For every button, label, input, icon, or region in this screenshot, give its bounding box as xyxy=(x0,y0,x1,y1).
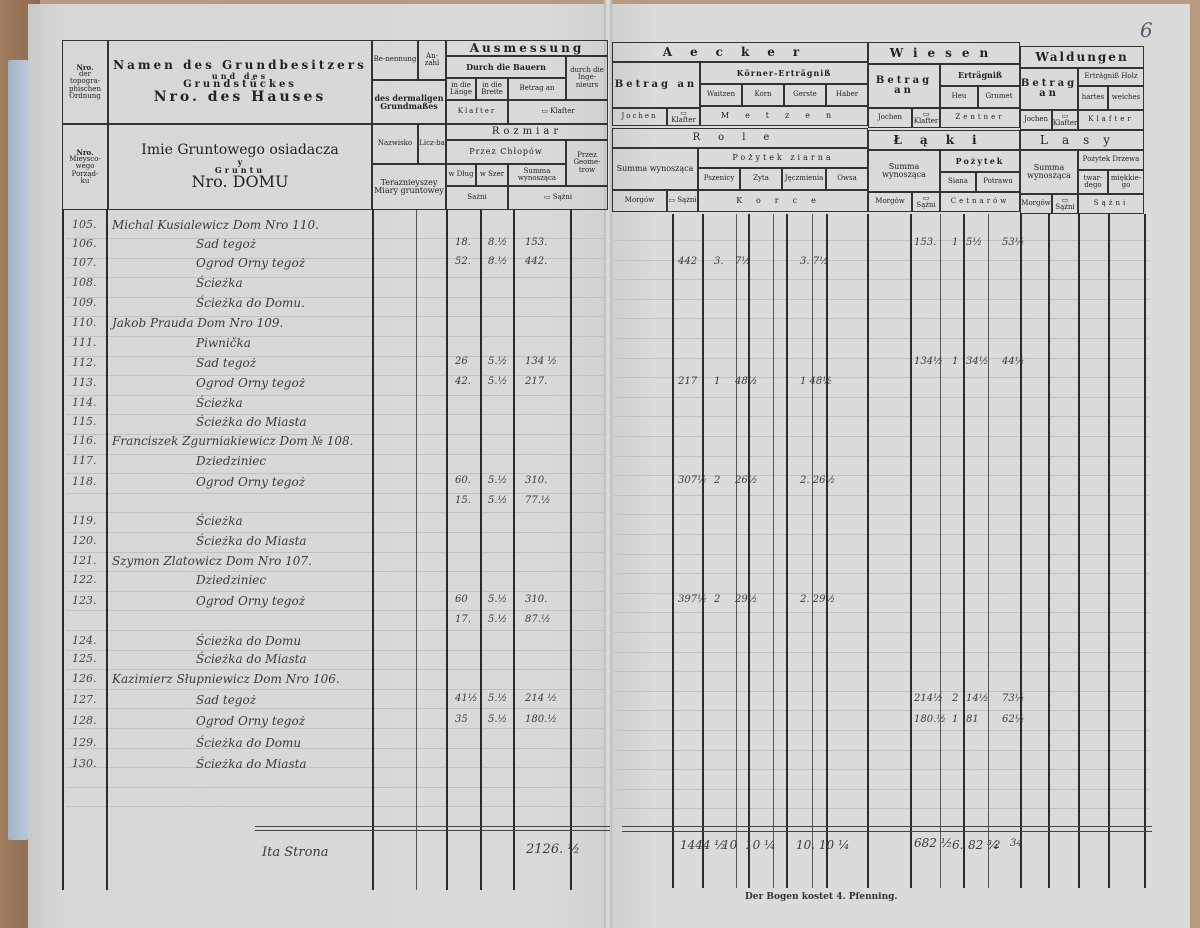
header-text: Nro. des Hauses xyxy=(154,90,327,105)
header-summa-laki: Summa wynosząca xyxy=(868,150,940,192)
row-number: 106. xyxy=(72,237,97,250)
writing-rule xyxy=(614,279,1149,280)
cell-sum: 180.½ xyxy=(525,714,557,725)
header-text: Nro. DOMU xyxy=(192,174,289,191)
header-jochen-aecker: Jochen xyxy=(612,108,667,126)
header-lasy: Lasy xyxy=(1020,130,1144,150)
writing-rule xyxy=(66,512,606,513)
parcel-description: Ścieżka do Miasta xyxy=(196,757,307,771)
writing-rule xyxy=(614,416,1149,417)
writing-rule xyxy=(66,669,606,670)
header-nr-mieyscowego: Nro. Mieysco- wego Porząd- ku xyxy=(62,124,108,210)
book-spine xyxy=(8,60,28,840)
cell-ak-sum: 307½ xyxy=(678,475,707,486)
header-owner-name-german: Namen des Grundbesitzers und des Grundst… xyxy=(108,40,372,124)
row-number: 121. xyxy=(72,554,97,567)
total-rule xyxy=(622,826,1152,827)
cell-wi-2: 81 xyxy=(966,714,979,725)
writing-rule xyxy=(614,514,1149,515)
header-durch-ingenieurs: durch die Inge-nieurs xyxy=(566,56,608,100)
cell-ak-3: 1 48½ xyxy=(800,376,832,387)
writing-rule xyxy=(66,630,606,631)
header-waldungen: Waldungen xyxy=(1020,46,1144,68)
totals-area: 2126. ½ xyxy=(526,842,580,857)
cell-ak-2: 48½ xyxy=(735,376,757,387)
column-line xyxy=(867,214,869,888)
cell-sum: 442. xyxy=(525,256,547,267)
header-grumet: Grumet xyxy=(978,86,1020,108)
cell-dl: 60 xyxy=(455,594,468,605)
row-number: 114. xyxy=(72,396,97,409)
parcel-description: Ścieżka do Miasta xyxy=(196,534,307,548)
row-number: 109. xyxy=(72,296,97,309)
column-line xyxy=(62,210,64,890)
parcel-description: Ogrod Orny tegoż xyxy=(196,714,305,728)
header-w-dlug: w Dług xyxy=(446,164,476,186)
header-durch-bauern: Durch die Bauern xyxy=(446,56,566,78)
cell-sz: 5.½ xyxy=(488,614,507,625)
header-polish-grain-2: Jęczmienia xyxy=(782,168,826,190)
writing-rule xyxy=(614,612,1149,613)
header-dermaligen: des dermaligen Grundmaßes xyxy=(372,80,446,124)
parcel-description: Sad tegoż xyxy=(196,237,256,251)
column-line xyxy=(446,210,448,890)
cell-sz: 5.½ xyxy=(488,475,507,486)
cell-ak-1: 2 xyxy=(714,594,720,605)
owner-name: Jakob Prauda Dom Nro 109. xyxy=(112,316,283,330)
writing-rule xyxy=(66,454,606,455)
cell-sum: 77.½ xyxy=(525,495,551,506)
writing-rule xyxy=(614,808,1149,809)
header-nr-topographic: Nro. der topogra- phischen Ordnung xyxy=(62,40,108,124)
footer-print-note: Der Bogen kostet 4. Pfenning. xyxy=(745,892,898,902)
column-line xyxy=(372,210,374,890)
header-summa: Summa wynosząca xyxy=(508,164,566,186)
header-text: Ordnung xyxy=(69,93,101,100)
column-line xyxy=(480,210,482,890)
cell-wi-1: 2 xyxy=(952,693,958,704)
writing-rule xyxy=(614,652,1149,653)
cell-sz: 8.½ xyxy=(488,237,507,248)
totals-wiesen-sum: 682 ½ xyxy=(914,836,952,850)
cell-sz: 5.½ xyxy=(488,714,507,725)
cell-ak-1: 2 xyxy=(714,475,720,486)
totals-wiesen-3: 2 xyxy=(994,840,1000,851)
cell-wi-3: 73½ xyxy=(1002,693,1024,704)
header-grain-2: Gerste xyxy=(784,84,826,106)
header-metzen: Metzen xyxy=(700,106,868,126)
header-summa-lasy: Summa wynosząca xyxy=(1020,150,1078,194)
writing-rule xyxy=(614,769,1149,770)
header-cetnarow: Cetnarów xyxy=(940,192,1020,212)
column-line xyxy=(826,214,828,888)
cell-wi-2: 14½ xyxy=(966,693,988,704)
header-morgow-role: Morgów xyxy=(612,190,667,212)
header-korce: Korce xyxy=(698,190,868,212)
writing-rule xyxy=(66,414,606,415)
header-koerner-ertraegniss: Körner-Erträgniß xyxy=(700,62,868,84)
writing-rule xyxy=(614,730,1149,731)
writing-rule xyxy=(66,728,606,729)
header-betrag-an-wald: Betrag an xyxy=(1020,68,1078,110)
owner-name: Michal Kusialewicz Dom Nro 110. xyxy=(112,218,319,232)
row-number: 116. xyxy=(72,434,97,447)
cell-dl: 52. xyxy=(455,256,471,267)
header-klafter: Klafter xyxy=(446,100,508,124)
header-rozmiar: Rozmiar xyxy=(446,124,608,140)
cell-dl: 42. xyxy=(455,376,471,387)
writing-rule xyxy=(66,493,606,494)
header-pozytek-ziarna: Pożytek ziarna xyxy=(698,148,868,168)
writing-rule xyxy=(66,767,606,768)
row-number: 119. xyxy=(72,514,97,527)
cell-ak-1: 1 xyxy=(714,376,720,387)
column-line xyxy=(570,210,572,890)
row-number: 127. xyxy=(72,693,97,706)
header-text: Imie Gruntowego osiadacza xyxy=(141,143,338,158)
cell-ak-1: 3. xyxy=(714,256,724,267)
header-sazni-laki: ▭ Sążni xyxy=(912,192,940,212)
writing-rule xyxy=(614,299,1149,300)
column-line xyxy=(1108,214,1110,888)
writing-rule xyxy=(66,277,606,278)
header-grain-0: Waitzen xyxy=(700,84,742,106)
parcel-description: Ogrod Orny tegoż xyxy=(196,475,305,489)
column-line xyxy=(910,214,912,888)
writing-rule xyxy=(66,336,606,337)
parcel-description: Ścieżka xyxy=(196,396,243,410)
writing-rule xyxy=(614,495,1149,496)
row-number: 123. xyxy=(72,594,97,607)
column-line xyxy=(1020,214,1022,888)
writing-rule xyxy=(66,610,606,611)
writing-rule xyxy=(66,552,606,553)
header-anzahl: An-zahl xyxy=(418,40,446,80)
row-number: 126. xyxy=(72,672,97,685)
header-betrag-an-aecker: Betrag an xyxy=(612,62,700,108)
cell-ak-sum: 442 xyxy=(678,256,697,267)
column-line xyxy=(1144,214,1146,888)
writing-rule xyxy=(66,297,606,298)
header-quad-sazni: ▭ Sążni xyxy=(508,186,608,210)
column-line xyxy=(786,214,788,888)
cell-wi-2: 34½ xyxy=(966,356,988,367)
totals-wiesen-4: 34 xyxy=(1010,838,1023,849)
header-liczba: Licz-ba xyxy=(418,124,446,164)
cell-wi-2: 5½ xyxy=(966,237,982,248)
writing-rule xyxy=(66,689,606,690)
header-klafter-aecker: ▭ Klafter xyxy=(667,108,700,126)
row-number: 118. xyxy=(72,475,97,488)
cell-dl: 18. xyxy=(455,237,471,248)
row-number: 105. xyxy=(72,218,97,231)
header-quad-klafter: ▭ Klafter xyxy=(508,100,608,124)
parcel-description: Ścieżka do Domu xyxy=(196,634,301,648)
cell-ak-sum: 397½ xyxy=(678,594,707,605)
writing-rule xyxy=(614,750,1149,751)
header-klafter-wiesen: ▭ Klafter xyxy=(912,108,940,128)
cell-dl: 60. xyxy=(455,475,471,486)
cell-wi-sum: 180.½ xyxy=(914,714,946,725)
column-line xyxy=(748,214,750,888)
cell-sz: 8.½ xyxy=(488,256,507,267)
cell-sum: 87.½ xyxy=(525,614,551,625)
column-line xyxy=(940,214,941,888)
cell-ak-3: 2. 29½ xyxy=(800,594,835,605)
parcel-description: Ogrod Orny tegoż xyxy=(196,376,305,390)
writing-rule xyxy=(66,806,606,807)
header-ertraegniss-wiesen: Erträgniß xyxy=(940,64,1020,86)
total-rule xyxy=(255,826,610,827)
row-number: 120. xyxy=(72,534,97,547)
parcel-description: Ścieżka xyxy=(196,514,243,528)
parcel-description: Ścieżka do Domu. xyxy=(196,296,305,310)
cell-wi-sum: 153. xyxy=(914,237,936,248)
header-wiesen: Wiesen xyxy=(868,42,1020,64)
parcel-description: Dziedziniec xyxy=(196,573,266,587)
header-siana: Siana xyxy=(940,172,976,192)
header-w-szer: w Szer xyxy=(476,164,508,186)
column-line xyxy=(812,214,813,888)
parcel-description: Piwnička xyxy=(196,336,251,350)
header-polish-grain-3: Owsa xyxy=(826,168,868,190)
parcel-description: Ścieżka do Domu xyxy=(196,736,301,750)
header-zentner: Zentner xyxy=(940,108,1020,128)
header-sazni-plain: Sążni xyxy=(1078,194,1144,214)
cell-ak-2: 29½ xyxy=(735,594,757,605)
header-grain-3: Haber xyxy=(826,84,868,106)
header-aecker: Aecker xyxy=(612,42,868,62)
cell-ak-3: 2. 26½ xyxy=(800,475,835,486)
cell-dl: 41½ xyxy=(455,693,477,704)
cell-sum: 153. xyxy=(525,237,547,248)
cell-ak-3: 3. 7½ xyxy=(800,256,829,267)
writing-rule xyxy=(66,650,606,651)
writing-rule xyxy=(614,554,1149,555)
column-line xyxy=(513,210,515,890)
writing-rule xyxy=(614,338,1149,339)
header-twardego: twar-dego xyxy=(1078,170,1108,194)
writing-rule xyxy=(614,534,1149,535)
header-przez-chlopow: Przez Chłopów xyxy=(446,140,566,164)
header-klafter-plain: Klafter xyxy=(1078,110,1144,130)
totals-aecker-2: 10 ¼ xyxy=(745,838,776,852)
header-nazwisko: Nazwisko xyxy=(372,124,418,164)
writing-rule xyxy=(614,573,1149,574)
writing-rule xyxy=(66,571,606,572)
column-line xyxy=(1078,214,1080,888)
writing-rule xyxy=(614,436,1149,437)
header-pozytek-drzewa: Pożytek Drzewa xyxy=(1078,150,1144,170)
cell-wi-1: 1 xyxy=(952,356,958,367)
header-sazni: Sażni xyxy=(446,186,508,210)
writing-rule xyxy=(614,789,1149,790)
row-number: 111. xyxy=(72,336,97,349)
writing-rule xyxy=(66,591,606,592)
cell-sz: 5.½ xyxy=(488,594,507,605)
row-number: 130. xyxy=(72,757,97,770)
parcel-description: Dziedziniec xyxy=(196,454,266,468)
header-heu: Heu xyxy=(940,86,978,108)
header-text: Namen des Grundbesitzers xyxy=(113,59,367,72)
cell-sz: 5.½ xyxy=(488,376,507,387)
writing-rule xyxy=(66,395,606,396)
header-miekkiego: miękkie-go xyxy=(1108,170,1144,194)
cell-dl: 17. xyxy=(455,614,471,625)
totals-aecker-1: 10 xyxy=(722,838,737,852)
cell-sz: 5.½ xyxy=(488,495,507,506)
writing-rule xyxy=(66,532,606,533)
header-polish-grain-0: Pszenicy xyxy=(698,168,740,190)
writing-rule xyxy=(614,710,1149,711)
header-teraznieyszey: Teraznieyszey Miary gruntowey xyxy=(372,164,446,210)
column-line xyxy=(702,214,704,888)
totals-label: Ita Strona xyxy=(262,845,329,860)
cell-dl: 15. xyxy=(455,495,471,506)
header-in-breite: in die Breite xyxy=(476,78,508,100)
cell-wi-3: 53½ xyxy=(1002,237,1024,248)
column-line xyxy=(773,214,774,888)
writing-rule xyxy=(614,318,1149,319)
header-laki: Łąki xyxy=(868,130,1020,150)
writing-rule xyxy=(614,632,1149,633)
writing-rule xyxy=(614,456,1149,457)
header-in-laenge: in die Länge xyxy=(446,78,476,100)
cell-wi-sum: 134½ xyxy=(914,356,943,367)
cell-sum: 310. xyxy=(525,594,547,605)
header-betrag-an: Betrag an xyxy=(508,78,566,100)
cell-sum: 217. xyxy=(525,376,547,387)
parcel-description: Ścieżka do Miasta xyxy=(196,415,307,429)
cell-wi-1: 1 xyxy=(952,714,958,725)
header-sazni-role: ▭ Sążni xyxy=(667,190,698,212)
writing-rule xyxy=(614,240,1149,241)
header-grain-1: Korn xyxy=(742,84,784,106)
cell-wi-1: 1 xyxy=(952,237,958,248)
cell-dl: 35 xyxy=(455,714,468,725)
row-number: 107. xyxy=(72,256,97,269)
header-jochen-wiesen: Jochen xyxy=(868,108,912,128)
row-number: 129. xyxy=(72,736,97,749)
row-number: 128. xyxy=(72,714,97,727)
parcel-description: Ogrod Orny tegoż xyxy=(196,594,305,608)
header-jochen-wald: Jochen xyxy=(1020,110,1052,130)
header-sazni-lasy: ▭ Sążni xyxy=(1052,194,1078,214)
row-number: 115. xyxy=(72,415,97,428)
header-owner-name-polish: Imie Gruntowego osiadacza y Gruntu Nro. … xyxy=(108,124,372,210)
owner-name: Szymon Zlatowicz Dom Nro 107. xyxy=(112,554,312,568)
row-number: 122. xyxy=(72,573,97,586)
parcel-description: Ogrod Orny tegoż xyxy=(196,256,305,270)
total-rule xyxy=(255,830,610,831)
cell-sz: 5.½ xyxy=(488,693,507,704)
writing-rule xyxy=(614,397,1149,398)
writing-rule xyxy=(66,787,606,788)
column-line xyxy=(672,214,674,888)
header-betrag-an-wiesen: Betrag an xyxy=(868,64,940,108)
header-polish-grain-1: Zyta xyxy=(740,168,782,190)
header-ausmessung: Ausmessung xyxy=(446,40,608,56)
cell-ak-sum: 217 xyxy=(678,376,697,387)
row-number: 112. xyxy=(72,356,97,369)
header-weiches: weiches xyxy=(1108,86,1144,110)
cell-wi-3: 62½ xyxy=(1002,714,1024,725)
writing-rule xyxy=(66,748,606,749)
cell-wi-sum: 214½ xyxy=(914,693,943,704)
total-rule xyxy=(622,831,1152,832)
header-przez-geometrow: Przez Geome-trow xyxy=(566,140,608,186)
cell-ak-2: 26½ xyxy=(735,475,757,486)
page-number: 6 xyxy=(1140,18,1153,42)
writing-rule xyxy=(614,691,1149,692)
header-pozytek: Pożytek xyxy=(940,150,1020,172)
column-line xyxy=(736,214,737,888)
column-line xyxy=(1048,214,1050,888)
row-number: 113. xyxy=(72,376,97,389)
owner-name: Kazimierz Słupniewicz Dom Nro 106. xyxy=(112,672,340,686)
column-line xyxy=(988,214,989,888)
owner-name: Franciszek Zgurniakiewicz Dom № 108. xyxy=(112,434,353,448)
totals-wiesen-1: 6. xyxy=(952,838,963,852)
writing-rule xyxy=(614,358,1149,359)
header-text: ku xyxy=(81,178,90,185)
row-number: 110. xyxy=(72,316,97,329)
writing-rule xyxy=(66,708,606,709)
header-potrawu: Potrawu xyxy=(976,172,1020,192)
cell-dl: 26 xyxy=(455,356,468,367)
parcel-description: Sad tegoż xyxy=(196,356,256,370)
header-summa-role: Summa wynosząca xyxy=(612,148,698,190)
header-morgow-laki: Morgów xyxy=(868,192,912,212)
writing-rule xyxy=(614,671,1149,672)
cell-wi-3: 44½ xyxy=(1002,356,1024,367)
header-role: Role xyxy=(612,128,868,148)
header-morgow-lasy: Morgów xyxy=(1020,194,1052,214)
cell-ak-2: 7½ xyxy=(735,256,751,267)
cell-sum: 310. xyxy=(525,475,547,486)
parcel-description: Ścieżka do Miasta xyxy=(196,652,307,666)
cell-sum: 214 ½ xyxy=(525,693,557,704)
row-number: 117. xyxy=(72,454,97,467)
totals-aecker-3: 10. 10 ¼ xyxy=(796,838,850,852)
cell-sz: 5.½ xyxy=(488,356,507,367)
column-line xyxy=(416,210,417,890)
row-number: 108. xyxy=(72,276,97,289)
header-benennung: Be-nennung xyxy=(372,40,418,80)
header-klafter-wald: ▭ Klafter xyxy=(1052,110,1078,130)
parcel-description: Sad tegoż xyxy=(196,693,256,707)
column-line xyxy=(106,210,108,890)
header-hartes: hartes xyxy=(1078,86,1108,110)
row-number: 125. xyxy=(72,652,97,665)
cell-sum: 134 ½ xyxy=(525,356,557,367)
totals-aecker-sum: 1444 ½ xyxy=(680,838,726,852)
column-line xyxy=(963,214,965,888)
parcel-description: Ścieżka xyxy=(196,276,243,290)
header-ertraegniss-holz: Erträgniß Holz xyxy=(1078,68,1144,86)
row-number: 124. xyxy=(72,634,97,647)
